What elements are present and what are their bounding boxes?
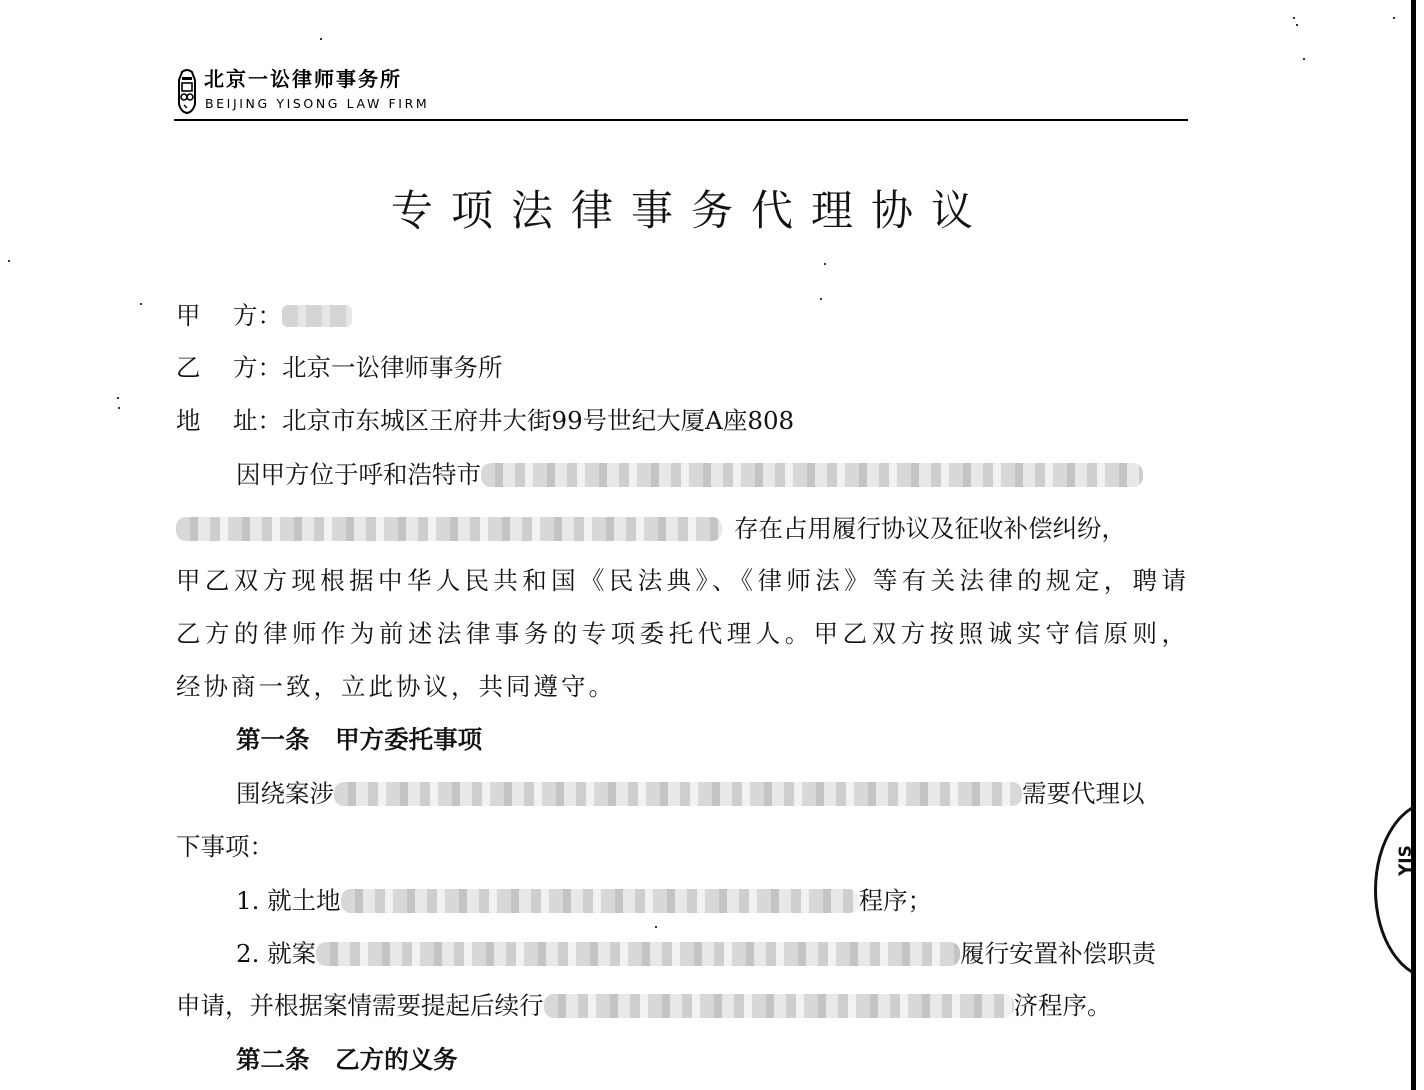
header-divider — [174, 119, 1188, 121]
article-2-heading: 第二条 乙方的义务 — [236, 1042, 458, 1078]
address-line: 地址：北京市东城区王府井大街99号世纪大厦A座808 — [176, 403, 794, 439]
scan-speck — [117, 397, 119, 399]
article-1-intro-suffix: 需要代理以 — [1022, 779, 1145, 808]
preamble-line-2: 存在占用履行协议及征收补偿纠纷， — [176, 511, 1126, 547]
scan-speck — [820, 298, 822, 300]
document-title: 专项法律事务代理协议 — [0, 183, 1364, 239]
party-a-redacted-name — [282, 305, 352, 327]
redacted-block — [316, 942, 960, 966]
firm-seal-logo-icon — [176, 68, 198, 114]
redacted-block — [481, 463, 1143, 487]
scan-speck — [1303, 58, 1305, 60]
party-a-key2: 方： — [233, 301, 282, 330]
address-key: 地 — [176, 403, 233, 439]
official-seal-stamp: YIS — [1360, 790, 1413, 990]
address-value: 北京市东城区王府井大街99号世纪大厦A座808 — [282, 406, 794, 435]
article-1-item-1: 1. 就土地程序； — [236, 883, 932, 919]
preamble-line-5: 经协商一致，立此协议，共同遵守。 — [176, 669, 616, 705]
scan-speck — [1393, 17, 1395, 19]
article-1-intro-line: 围绕案涉需要代理以 — [236, 776, 1145, 812]
preamble-line-1: 因甲方位于呼和浩特市 — [236, 457, 1143, 493]
redacted-block — [334, 782, 1022, 806]
article-1-heading: 第一条 甲方委托事项 — [236, 722, 482, 758]
firm-name-english: BEIJING YISONG LAW FIRM — [205, 96, 429, 112]
article-1-intro-prefix: 围绕案涉 — [236, 779, 334, 808]
seal-partial-text: YIS — [1396, 845, 1413, 876]
scan-speck — [1296, 24, 1298, 26]
preamble-line-3: 甲乙双方现根据中华人民共和国《民法典》、《律师法》等有关法律的规定，聘请 — [176, 563, 1186, 599]
item-1-suffix: 程序； — [859, 886, 933, 915]
scan-speck — [1293, 17, 1295, 19]
item-2-prefix: 2. 就案 — [236, 939, 316, 968]
redacted-block — [544, 994, 1014, 1018]
party-b-key: 乙 — [176, 350, 233, 386]
preamble-line-4: 乙方的律师作为前述法律事务的专项委托代理人。甲乙双方按照诚实守信原则， — [176, 616, 1186, 652]
scan-speck — [118, 407, 120, 409]
scan-speck — [320, 38, 322, 40]
item-1-prefix: 1. 就土地 — [236, 886, 341, 915]
party-a-key: 甲 — [176, 298, 233, 334]
item-2-line-2-prefix: 申请，并根据案情需要提起后续行 — [176, 991, 544, 1020]
letterhead: 北京一讼律师事务所 BEIJING YISONG LAW FIRM — [174, 66, 1188, 124]
address-key2: 址： — [233, 406, 282, 435]
preamble-line-2-text: 存在占用履行协议及征收补偿纠纷， — [734, 514, 1126, 543]
scan-speck — [655, 926, 657, 928]
redacted-block — [176, 517, 722, 541]
scan-speck — [8, 260, 10, 262]
scan-speck — [824, 263, 826, 265]
article-1-item-2-line-2: 申请，并根据案情需要提起后续行济程序。 — [176, 988, 1112, 1024]
firm-name-chinese: 北京一讼律师事务所 — [204, 66, 402, 92]
article-1-item-2: 2. 就案履行安置补偿职责 — [236, 936, 1156, 972]
seal-ring-icon — [1374, 800, 1413, 980]
preamble-line-1-text: 因甲方位于呼和浩特市 — [236, 460, 481, 489]
article-1-intro-line-2: 下事项： — [176, 829, 274, 865]
party-a-line: 甲方： — [176, 298, 352, 334]
party-b-value: 北京一讼律师事务所 — [282, 353, 503, 382]
party-b-key2: 方： — [233, 353, 282, 382]
item-2-suffix: 履行安置补偿职责 — [960, 939, 1156, 968]
item-2-line-2-suffix: 济程序。 — [1014, 991, 1112, 1020]
scan-speck — [140, 303, 142, 305]
party-b-line: 乙方：北京一讼律师事务所 — [176, 350, 503, 386]
scanned-document-page: 北京一讼律师事务所 BEIJING YISONG LAW FIRM 专项法律事务… — [0, 0, 1424, 1090]
redacted-block — [341, 889, 859, 913]
